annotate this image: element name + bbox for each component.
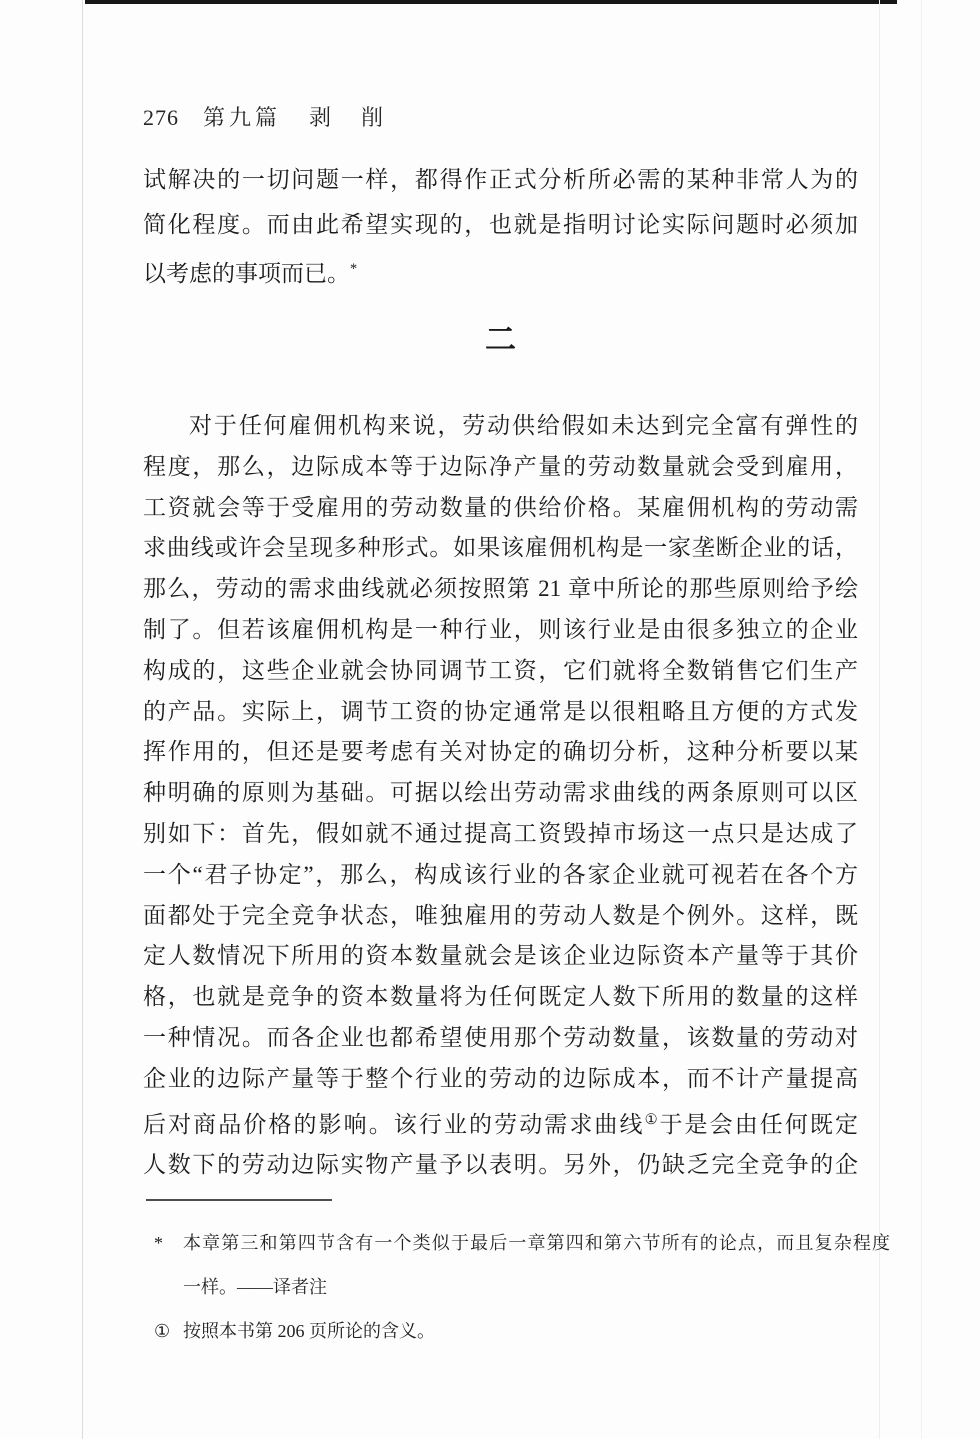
text-line: 对于任何雇佣机构来说，劳动供给假如未达到完全富有弹性的	[143, 406, 858, 447]
section-heading: 二	[143, 314, 858, 359]
footnote-1: ① 按照本书第 206 页所论的含义。	[150, 1309, 890, 1353]
text-line: 那么，劳动的需求曲线就必须按照第 21 章中所论的那些原则给予绘	[143, 569, 858, 610]
intro-paragraph: 试解决的一切问题一样，都得作正式分析所必需的某种非常人为的简化程度。而由此希望实…	[143, 157, 858, 296]
text-line: 人数下的劳动边际实物产量予以表明。另外，仍缺乏完全竞争的企	[143, 1145, 858, 1186]
text-line: 企业的边际产量等于整个行业的劳动的边际成本，而不计产量提高	[143, 1059, 858, 1100]
text-line: 别如下：首先，假如就不通过提高工资毁掉市场这一点只是达成了	[143, 814, 858, 855]
text-line: 面都处于完全竞争状态，唯独雇用的劳动人数是个例外。这样，既	[143, 896, 858, 937]
text-line: 种明确的原则为基础。可据以绘出劳动需求曲线的两条原则可以区	[143, 773, 858, 814]
footnote-divider	[146, 1199, 332, 1201]
scan-left-line-artifact	[82, 0, 83, 1439]
text-line: 程度，那么，边际成本等于边际净产量的劳动数量就会受到雇用，	[143, 447, 858, 488]
body-paragraph: 对于任何雇佣机构来说，劳动供给假如未达到完全富有弹性的程度，那么，边际成本等于边…	[143, 406, 858, 1186]
text-line: 制了。但若该雇佣机构是一种行业，则该行业是由很多独立的企业	[143, 610, 858, 651]
text-line: 按照本书第 206 页所论的含义。	[183, 1309, 890, 1353]
text-line: 的产品。实际上，调节工资的协定通常是以很粗略且方便的方式发	[143, 692, 858, 733]
chapter-title: 剥 削	[309, 105, 387, 130]
text-line: 试解决的一切问题一样，都得作正式分析所必需的某种非常人为的	[143, 157, 858, 202]
part-label: 第九篇	[203, 105, 281, 130]
footnotes: * 本章第三和第四节含有一个类似于最后一章第四和第六节所有的论点，而且复杂程度一…	[150, 1221, 890, 1353]
page-number: 276	[143, 105, 179, 130]
text-line: 格，也就是竞争的资本数量将为任何既定人数下所用的数量的这样	[143, 977, 858, 1018]
footnote-translator-note: * 本章第三和第四节含有一个类似于最后一章第四和第六节所有的论点，而且复杂程度一…	[150, 1221, 890, 1309]
scan-top-edge-artifact	[85, 0, 897, 4]
text-line: 工资就会等于受雇用的劳动数量的供给价格。某雇佣机构的劳动需	[143, 488, 858, 529]
footnote-text: 本章第三和第四节含有一个类似于最后一章第四和第六节所有的论点，而且复杂程度一样。…	[183, 1221, 890, 1309]
running-header: 276第九篇剥 削	[143, 101, 387, 132]
text-line: 定人数情况下所用的资本数量就会是该企业边际资本产量等于其价	[143, 936, 858, 977]
text-line: 一种情况。而各企业也都希望使用那个劳动数量，该数量的劳动对	[143, 1018, 858, 1059]
text-line: 简化程度。而由此希望实现的，也就是指明讨论实际问题时必须加	[143, 202, 858, 247]
text-line: 一个“君子协定”，那么，构成该行业的各家企业就可视若在各个方	[143, 855, 858, 896]
footnote-marker: *	[150, 1221, 183, 1265]
footnote-text: 按照本书第 206 页所论的含义。	[183, 1309, 890, 1353]
footnote-marker: ①	[150, 1309, 183, 1353]
scan-right-line-artifact-2	[921, 0, 922, 1439]
superscript-note-marker: ①	[645, 1112, 660, 1128]
text-line: 以考虑的事项而已。*	[143, 247, 858, 296]
scanned-book-page: 276第九篇剥 削 试解决的一切问题一样，都得作正式分析所必需的某种非常人为的简…	[0, 0, 980, 1439]
text-line: 本章第三和第四节含有一个类似于最后一章第四和第六节所有的论点，而且复杂程度	[183, 1221, 890, 1265]
superscript-note-marker: *	[350, 261, 357, 277]
text-line: 挥作用的，但还是要考虑有关对协定的确切分析，这种分析要以某	[143, 732, 858, 773]
text-line: 构成的，这些企业就会协同调节工资，它们就将全数销售它们生产	[143, 651, 858, 692]
text-line: 求曲线或许会呈现多种形式。如果该雇佣机构是一家垄断企业的话，	[143, 528, 858, 569]
text-line: 后对商品价格的影响。该行业的劳动需求曲线①于是会由任何既定	[143, 1100, 858, 1146]
text-line: 一样。——译者注	[183, 1265, 890, 1309]
